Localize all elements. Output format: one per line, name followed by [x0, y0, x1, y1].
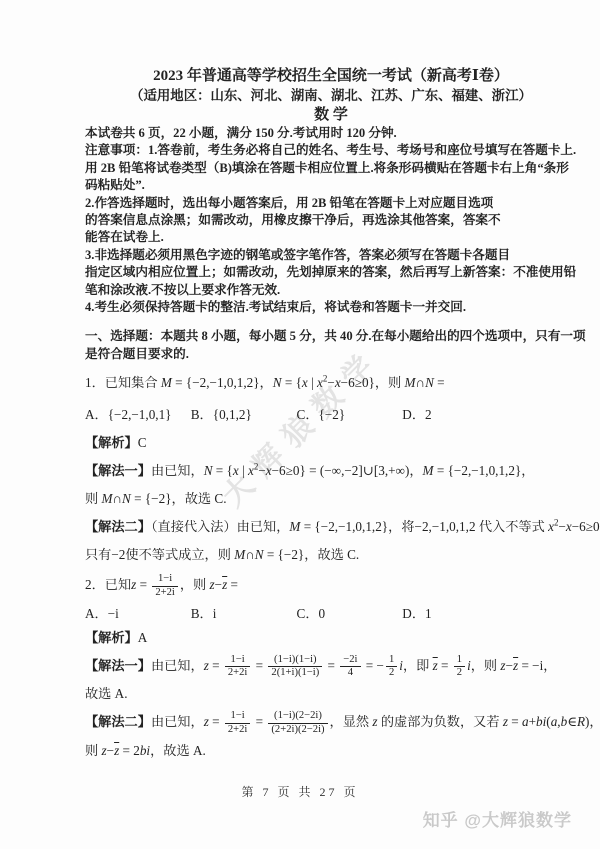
fraction: (1−i)(2−2i)(2+2i)(2−2i)	[268, 710, 327, 736]
notice-3c: 笔和涂改液.不按以上要求作答无效.	[85, 282, 577, 299]
math-variable: bi	[140, 743, 150, 758]
text-span: −6≥0，	[572, 519, 600, 534]
watermark-credit: 知乎 @大辉狼数学	[423, 806, 572, 831]
text-span: −6≥0} = (−∞,−2]∪[3,+∞)，	[272, 463, 423, 478]
text-span: =	[438, 658, 452, 673]
q1-method-1: 【解法一】由已知，N = {x | x2−x−6≥0} = (−∞,−2]∪[3…	[85, 461, 577, 481]
fraction-numerator: 1−i	[225, 654, 251, 668]
text-span: =	[324, 658, 338, 673]
fraction: 1−i2+2i	[225, 654, 251, 680]
text-span: = {−2}，故选 C.	[264, 547, 360, 562]
text-span: = −i，	[518, 658, 556, 673]
q1-method-1b: 则 M∩N = {−2}，故选 C.	[85, 489, 577, 509]
math-variable: R	[577, 714, 585, 729]
bold-label: 【解析】	[85, 630, 138, 645]
q2-answer: 【解析】A	[85, 628, 577, 648]
exam-document-page: 大辉狼数学 2023 年普通高等学校招生全国统一考试（新高考Ⅰ卷）（适用地区：山…	[0, 0, 600, 849]
answer-option: D．2	[402, 405, 431, 425]
q1-method-2: 【解法二】（直接代入法）由已知，M = {−2,−1,0,1,2}，将−2,−1…	[85, 517, 577, 537]
text-span: =	[252, 658, 266, 673]
fraction: 12	[386, 654, 397, 680]
text-span: B．{0,1,2}	[191, 407, 252, 422]
text-span: ，则	[180, 578, 210, 593]
math-variable: M	[234, 547, 245, 562]
text-span: −	[327, 375, 334, 390]
fraction-denominator: 2+2i	[225, 724, 251, 737]
text-span: ∩	[416, 375, 426, 390]
answer-option: B．i	[191, 604, 297, 624]
text-span: = 2	[119, 743, 140, 758]
text-span: ，故选 A.	[150, 743, 206, 758]
text-span: −	[258, 463, 265, 478]
text-span: D．1	[402, 606, 431, 621]
notice-3: 3.非选择题必须用黑色字迹的钢笔或签字笔作答，答案必须写在答题卡各题目	[85, 247, 577, 264]
text-span: = {−2,−1,0,1,2}，	[172, 375, 273, 390]
answer-option: C．{−2}	[297, 405, 403, 425]
math-variable: M	[161, 375, 172, 390]
fraction-denominator: 4	[340, 667, 360, 680]
text-span: = −	[363, 658, 384, 673]
text-span: 则	[85, 743, 101, 758]
text-span: A．−i	[85, 606, 119, 621]
notice-1c: 码粘贴处”.	[85, 177, 577, 194]
fraction: 1−i2+2i	[225, 710, 251, 736]
text-span: +	[529, 714, 536, 729]
fraction-denominator: (2+2i)(2−2i)	[268, 724, 327, 737]
notice-2b: 的答案信息点涂黑；如需改动，用橡皮擦干净后，再选涂其他答案，答案不	[85, 212, 577, 229]
notice-1: 注意事项：1.答卷前，考生务必将自己的姓名、考生号、考场号和座位号填写在答题卡上…	[85, 142, 577, 159]
fraction-denominator: 2(1+i)(1−i)	[268, 667, 322, 680]
fraction-numerator: −2i	[340, 654, 360, 668]
text-span: A	[138, 630, 148, 645]
text-span: ，则	[471, 658, 501, 673]
fraction-denominator: 2+2i	[152, 587, 178, 600]
text-span: =	[508, 714, 522, 729]
exam-info: 本试卷共 6 页，22 小题，满分 150 分.考试用时 120 分钟.	[85, 125, 577, 142]
text-span: C	[138, 435, 147, 450]
text-span: 只有−2使不等式成立，则	[85, 547, 234, 562]
text-span: = {−2}，故选 C.	[131, 491, 227, 506]
math-variable: N	[255, 547, 264, 562]
q2-method-1: 【解法一】由已知，z = 1−i2+2i = (1−i)(1−i)2(1+i)(…	[85, 654, 577, 680]
math-variable: N	[122, 491, 131, 506]
q1-answer: 【解析】C	[85, 433, 577, 453]
text-span: −	[558, 519, 565, 534]
text-span: |	[239, 463, 248, 478]
doc-title: 2023 年普通高等学校招生全国统一考试（新高考Ⅰ卷）	[85, 66, 577, 86]
q2-method-2b: 则 z−z = 2bi，故选 A.	[85, 741, 577, 761]
text-span: =	[227, 578, 238, 593]
section-1-header-b: 是符合题目要求的.	[85, 346, 577, 363]
math-variable: N	[273, 375, 282, 390]
fraction-numerator: (1−i)(2−2i)	[268, 710, 327, 724]
math-variable: N	[425, 375, 434, 390]
fraction-denominator: 2+2i	[225, 667, 251, 680]
bold-label: 【解析】	[85, 435, 138, 450]
math-variable: a	[522, 714, 529, 729]
math-variable: M	[101, 491, 112, 506]
section-1-header: 一、选择题：本题共 8 小题，每小题 5 分，共 40 分.在每小题给出的四个选…	[85, 328, 577, 345]
text-span: B．i	[191, 606, 217, 621]
math-variable: bi	[536, 714, 546, 729]
fraction: 12	[454, 654, 465, 680]
fraction-numerator: 1	[386, 654, 397, 668]
text-span: 则	[85, 491, 101, 506]
fraction: −2i4	[340, 654, 360, 680]
text-span: 的虚部为负数，又若	[378, 714, 503, 729]
answer-option: A．{−2,−1,0,1}	[85, 405, 191, 425]
text-span: −	[107, 743, 114, 758]
text-span: =	[209, 714, 223, 729]
bold-label: 【解法一】	[85, 463, 151, 478]
text-span: =	[209, 658, 223, 673]
text-span: = {−2,−1,0,1,2}，将−2,−1,0,1,2 代入不等式	[300, 519, 548, 534]
fraction-denominator: 2	[454, 667, 465, 680]
q2-method-1b: 故选 A.	[85, 684, 577, 704]
question-1: 1．已知集合 M = {−2,−1,0,1,2}，N = {x | x2−x−6…	[85, 373, 577, 393]
text-span: 1．已知集合	[85, 375, 161, 390]
fraction: (1−i)(1−i)2(1+i)(1−i)	[268, 654, 322, 680]
fraction-numerator: 1	[454, 654, 465, 668]
document-content: 2023 年普通高等学校招生全国统一考试（新高考Ⅰ卷）（适用地区：山东、河北、湖…	[85, 66, 577, 761]
q1-method-2b: 只有−2使不等式成立，则 M∩N = {−2}，故选 C.	[85, 545, 577, 565]
text-span: |	[308, 375, 317, 390]
text-span: 由已知，	[151, 463, 204, 478]
fraction-numerator: 1−i	[152, 573, 178, 587]
page-number: 第 7 页 共 27 页	[0, 783, 600, 800]
text-span: 由已知，	[151, 658, 204, 673]
text-span: A．{−2,−1,0,1}	[85, 407, 172, 422]
notice-3b: 指定区域内相应位置上；如需改动，先划掉原来的答案，然后再写上新答案：不准使用铅	[85, 264, 577, 281]
text-span: ∩	[112, 491, 122, 506]
answer-option: C．0	[297, 604, 403, 624]
doc-region-note: （适用地区：山东、河北、湖南、湖北、江苏、广东、福建、浙江）	[85, 86, 577, 105]
fraction-denominator: 2	[386, 667, 397, 680]
text-span: −	[215, 578, 222, 593]
text-span: −	[506, 658, 513, 673]
text-span: −6≥0}，则	[341, 375, 405, 390]
question-1-options: A．{−2,−1,0,1}B．{0,1,2}C．{−2}D．2	[85, 405, 577, 425]
text-span: = {	[282, 375, 302, 390]
text-span: 故选 A.	[85, 686, 128, 701]
notice-1b: 用 2B 铅笔将试卷类型（B)填涂在答题卡相应位置上.将条形码横贴在答题卡右上角…	[85, 160, 577, 177]
text-span: ∩	[245, 547, 255, 562]
text-span: = {−2,−1,0,1,2}，	[434, 463, 535, 478]
text-span: = {	[212, 463, 232, 478]
text-span: ，即	[403, 658, 433, 673]
fraction-numerator: 1−i	[225, 710, 251, 724]
text-span: （直接代入法）由已知，	[151, 519, 289, 534]
text-span: =	[434, 375, 445, 390]
text-span: C．{−2}	[297, 407, 346, 422]
text-span: C．0	[297, 606, 326, 621]
fraction-numerator: (1−i)(1−i)	[268, 654, 322, 668]
math-variable: M	[405, 375, 416, 390]
math-variable: M	[423, 463, 434, 478]
bold-label: 【解法二】	[85, 519, 151, 534]
fraction: 1−i2+2i	[152, 573, 178, 599]
text-span: ∈	[567, 714, 577, 729]
math-variable: M	[289, 519, 300, 534]
answer-option: A．−i	[85, 604, 191, 624]
text-span: =	[136, 578, 150, 593]
text-span: =	[252, 714, 266, 729]
question-2-options: A．−iB．iC．0D．1	[85, 604, 577, 624]
notice-4: 4.考生必须保持答题卡的整洁.考试结束后，将试卷和答题卡一并交回.	[85, 299, 577, 316]
bold-label: 【解法二】	[85, 714, 151, 729]
answer-option: B．{0,1,2}	[191, 405, 297, 425]
text-span: )，	[585, 714, 600, 729]
notice-2c: 能答在试卷上.	[85, 229, 577, 246]
q2-method-2: 【解法二】由已知，z = 1−i2+2i = (1−i)(2−2i)(2+2i)…	[85, 710, 577, 736]
question-2: 2．已知z = 1−i2+2i，则 z−z =	[85, 573, 577, 599]
text-span: 由已知，	[151, 714, 204, 729]
answer-option: D．1	[402, 604, 431, 624]
bold-label: 【解法一】	[85, 658, 151, 673]
notice-2: 2.作答选择题时，选出每小题答案后，用 2B 铅笔在答题卡上对应题目选项	[85, 195, 577, 212]
doc-subject: 数 学	[85, 105, 577, 125]
text-span: ，显然	[330, 714, 373, 729]
text-span: 2．已知	[85, 578, 131, 593]
text-span: D．2	[402, 407, 431, 422]
